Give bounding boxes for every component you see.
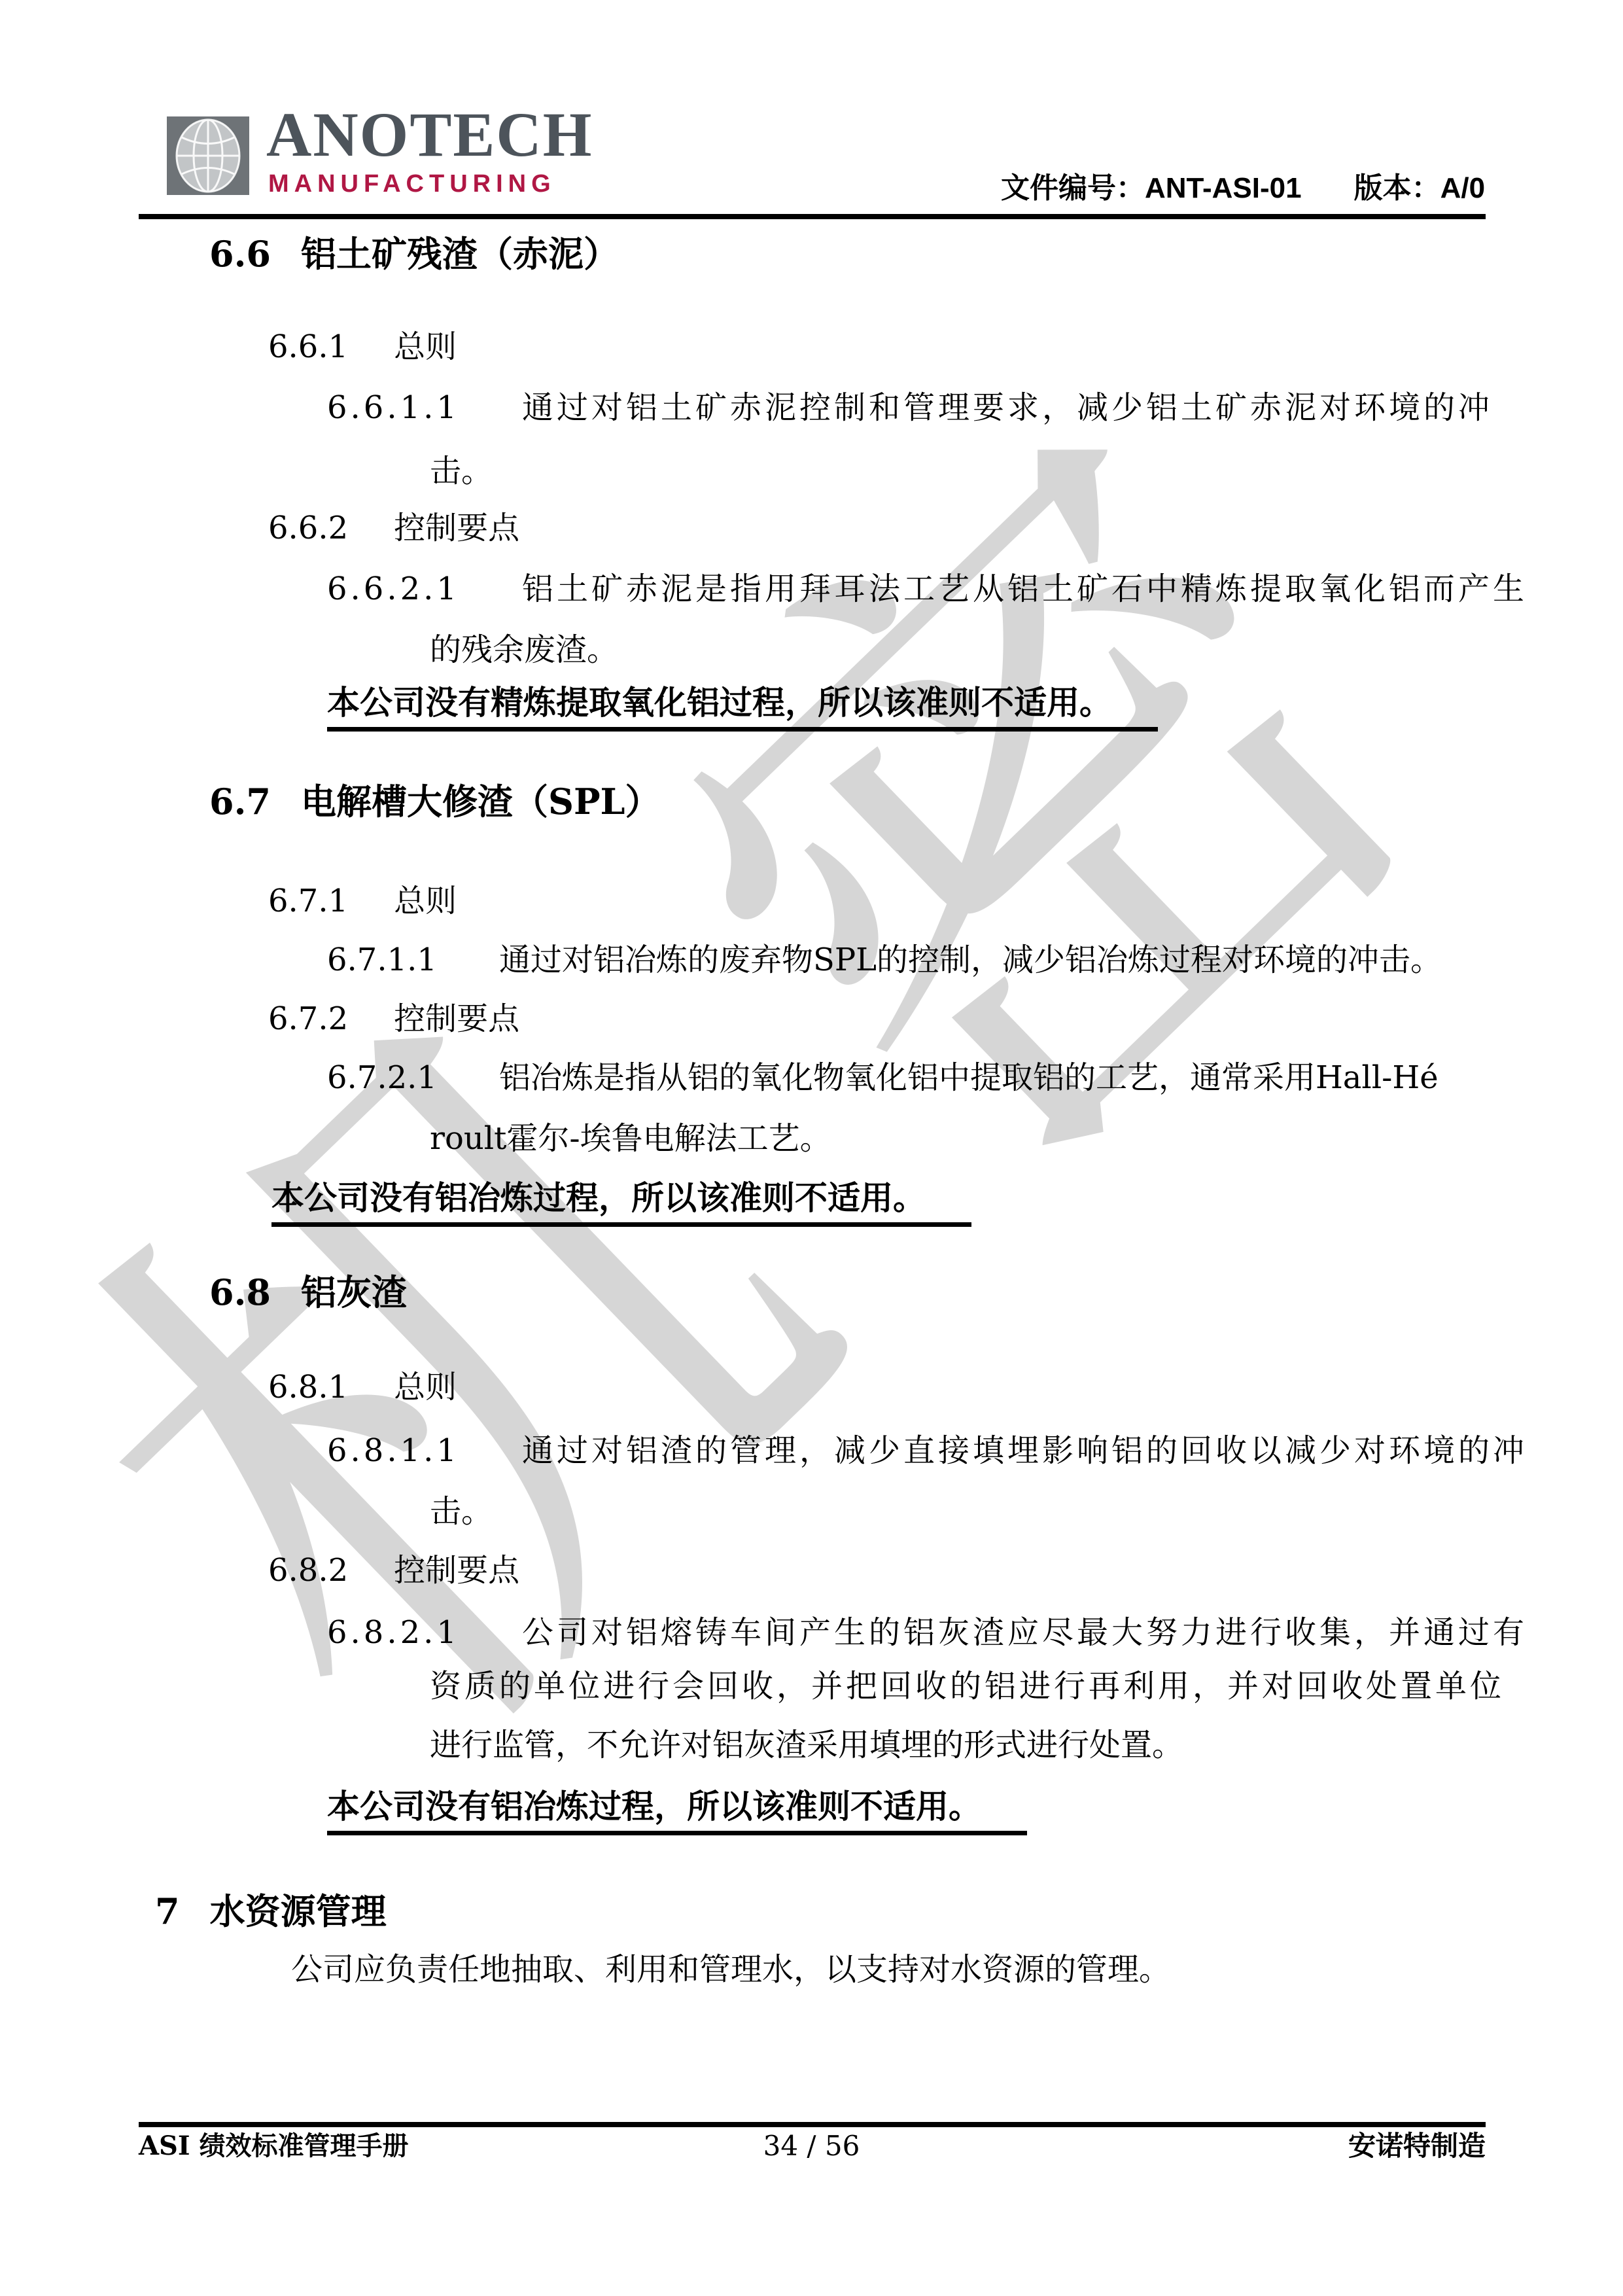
section-number: 6.6 <box>209 233 271 275</box>
clause-6-7-1-1: 6.7.1.1通过对铝冶炼的废弃物SPL的控制，减少铝冶炼过程对环境的冲击。 <box>327 939 1442 981</box>
clause-text: 铝冶炼是指从铝的氧化物氧化铝中提取铝的工艺，通常采用Hall-Hé <box>499 1059 1439 1096</box>
clause-title: 总则 <box>394 328 457 365</box>
header-rule <box>139 214 1486 219</box>
clause-number: 6.8.1.1 <box>327 1432 460 1469</box>
clause-heading-6-7-2: 6.7.2控制要点 <box>268 998 519 1040</box>
clause-6-7-2-1: 6.7.2.1铝冶炼是指从铝的氧化物氧化铝中提取铝的工艺，通常采用Hall-Hé <box>327 1057 1439 1099</box>
continuation-line: 的残余废渣。 <box>430 629 618 671</box>
clause-number: 6.7.2 <box>268 1000 348 1037</box>
clause-number: 6.8.2.1 <box>327 1614 460 1651</box>
clause-text: 进行监管，不允许对铝灰渣采用填埋的形式进行处置。 <box>430 1727 1183 1763</box>
section-title: 铝土矿残渣（赤泥） <box>301 233 619 275</box>
clause-title: 控制要点 <box>394 1000 519 1037</box>
clause-text: 击。 <box>430 1493 493 1530</box>
clause-number: 6.6.2 <box>268 510 348 546</box>
statement-text: 本公司没有精炼提取氧化铝过程，所以该准则不适用。 <box>327 683 1158 732</box>
clause-number: 6.7.1.1 <box>327 942 437 978</box>
clause-text: 通过对铝土矿赤泥控制和管理要求，减少铝土矿赤泥对环境的冲 <box>522 389 1493 426</box>
clause-6-8-2-1: 6.8.2.1公司对铝熔铸车间产生的铝灰渣应尽最大努力进行收集，并通过有 <box>327 1612 1527 1653</box>
footer-company-name: 安诺特制造 <box>1348 2132 1486 2161</box>
clause-number: 6.7.2.1 <box>327 1059 437 1096</box>
clause-title: 控制要点 <box>394 1552 519 1589</box>
clause-number: 6.6.2.1 <box>327 571 460 607</box>
document-page: 机密 ANOTECH MANUFACTURING 文件编号：ANT-ASI-01… <box>0 0 1623 2296</box>
continuation-line: 击。 <box>430 450 493 492</box>
doc-number-value: ANT-ASI-01 <box>1145 172 1302 204</box>
clause-title: 控制要点 <box>394 510 519 546</box>
section-number: 7 <box>155 1890 180 1932</box>
confidential-watermark: 机密 <box>0 237 1623 1844</box>
doc-number-label: 文件编号： <box>1001 171 1145 205</box>
globe-icon <box>167 116 249 198</box>
clause-number: 6.7.1 <box>268 883 348 919</box>
clause-text: 资质的单位进行会回收，并把回收的铝进行再利用，并对回收处置单位 <box>430 1668 1505 1704</box>
clause-text: 击。 <box>430 453 493 489</box>
clause-title: 总则 <box>394 883 457 919</box>
clause-title: 总则 <box>394 1369 457 1405</box>
footer-rule <box>139 2122 1486 2127</box>
version-label: 版本： <box>1354 171 1440 205</box>
section-title: 铝灰渣 <box>301 1271 407 1313</box>
continuation-line: roult霍尔-埃鲁电解法工艺。 <box>430 1118 831 1159</box>
section-heading-6-8: 6.8铝灰渣 <box>209 1271 407 1313</box>
clause-text: 的残余废渣。 <box>430 631 618 668</box>
clause-text: 公司对铝熔铸车间产生的铝灰渣应尽最大努力进行收集，并通过有 <box>522 1614 1527 1651</box>
clause-text: roult霍尔-埃鲁电解法工艺。 <box>430 1120 831 1157</box>
statement-not-applicable-6-8: 本公司没有铝冶炼过程，所以该准则不适用。 <box>327 1786 1027 1828</box>
continuation-line: 资质的单位进行会回收，并把回收的铝进行再利用，并对回收处置单位 <box>430 1665 1505 1707</box>
logo-wordmark: ANOTECH <box>266 103 593 166</box>
section-heading-6-6: 6.6铝土矿残渣（赤泥） <box>209 233 619 275</box>
clause-heading-6-8-2: 6.8.2控制要点 <box>268 1549 519 1591</box>
clause-heading-6-7-1: 6.7.1总则 <box>268 880 457 922</box>
section-number: 6.7 <box>209 781 271 822</box>
header-document-meta: 文件编号：ANT-ASI-01版本：A/0 <box>1001 171 1485 205</box>
statement-text: 本公司没有铝冶炼过程，所以该准则不适用。 <box>271 1178 971 1227</box>
clause-6-6-1-1: 6.6.1.1通过对铝土矿赤泥控制和管理要求，减少铝土矿赤泥对环境的冲 <box>327 387 1493 429</box>
clause-number: 6.8.1 <box>268 1369 348 1405</box>
clause-6-6-2-1: 6.6.2.1铝土矿赤泥是指用拜耳法工艺从铝土矿石中精炼提取氧化铝而产生 <box>327 568 1527 610</box>
clause-text: 通过对铝渣的管理，减少直接填埋影响铝的回收以减少对环境的冲 <box>522 1432 1527 1469</box>
clause-heading-6-6-1: 6.6.1总则 <box>268 326 457 368</box>
clause-heading-6-8-1: 6.8.1总则 <box>268 1366 457 1408</box>
version-value: A/0 <box>1440 172 1485 204</box>
clause-text: 铝土矿赤泥是指用拜耳法工艺从铝土矿石中精炼提取氧化铝而产生 <box>522 571 1527 607</box>
section-7-body: 公司应负责任地抽取、利用和管理水，以支持对水资源的管理。 <box>291 1949 1170 1990</box>
statement-not-applicable-6-7: 本公司没有铝冶炼过程，所以该准则不适用。 <box>271 1177 971 1220</box>
clause-heading-6-6-2: 6.6.2控制要点 <box>268 507 519 549</box>
statement-not-applicable-6-6: 本公司没有精炼提取氧化铝过程，所以该准则不适用。 <box>327 682 1158 724</box>
section-title: 水资源管理 <box>210 1890 387 1932</box>
section-title: 电解槽大修渣（SPL） <box>301 781 661 822</box>
clause-number: 6.6.1.1 <box>327 389 460 426</box>
clause-number: 6.6.1 <box>268 328 348 365</box>
clause-number: 6.8.2 <box>268 1552 348 1589</box>
section-heading-7: 7水资源管理 <box>155 1890 387 1932</box>
logo-subtitle: MANUFACTURING <box>268 171 556 196</box>
continuation-line: 进行监管，不允许对铝灰渣采用填埋的形式进行处置。 <box>430 1724 1183 1766</box>
section-number: 6.8 <box>209 1271 271 1313</box>
statement-text: 本公司没有铝冶炼过程，所以该准则不适用。 <box>327 1787 1027 1835</box>
clause-text: 公司应负责任地抽取、利用和管理水，以支持对水资源的管理。 <box>291 1951 1170 1988</box>
continuation-line: 击。 <box>430 1491 493 1532</box>
clause-6-8-1-1: 6.8.1.1通过对铝渣的管理，减少直接填埋影响铝的回收以减少对环境的冲 <box>327 1430 1527 1472</box>
section-heading-6-7: 6.7电解槽大修渣（SPL） <box>209 781 661 822</box>
clause-text: 通过对铝冶炼的废弃物SPL的控制，减少铝冶炼过程对环境的冲击。 <box>499 942 1442 978</box>
